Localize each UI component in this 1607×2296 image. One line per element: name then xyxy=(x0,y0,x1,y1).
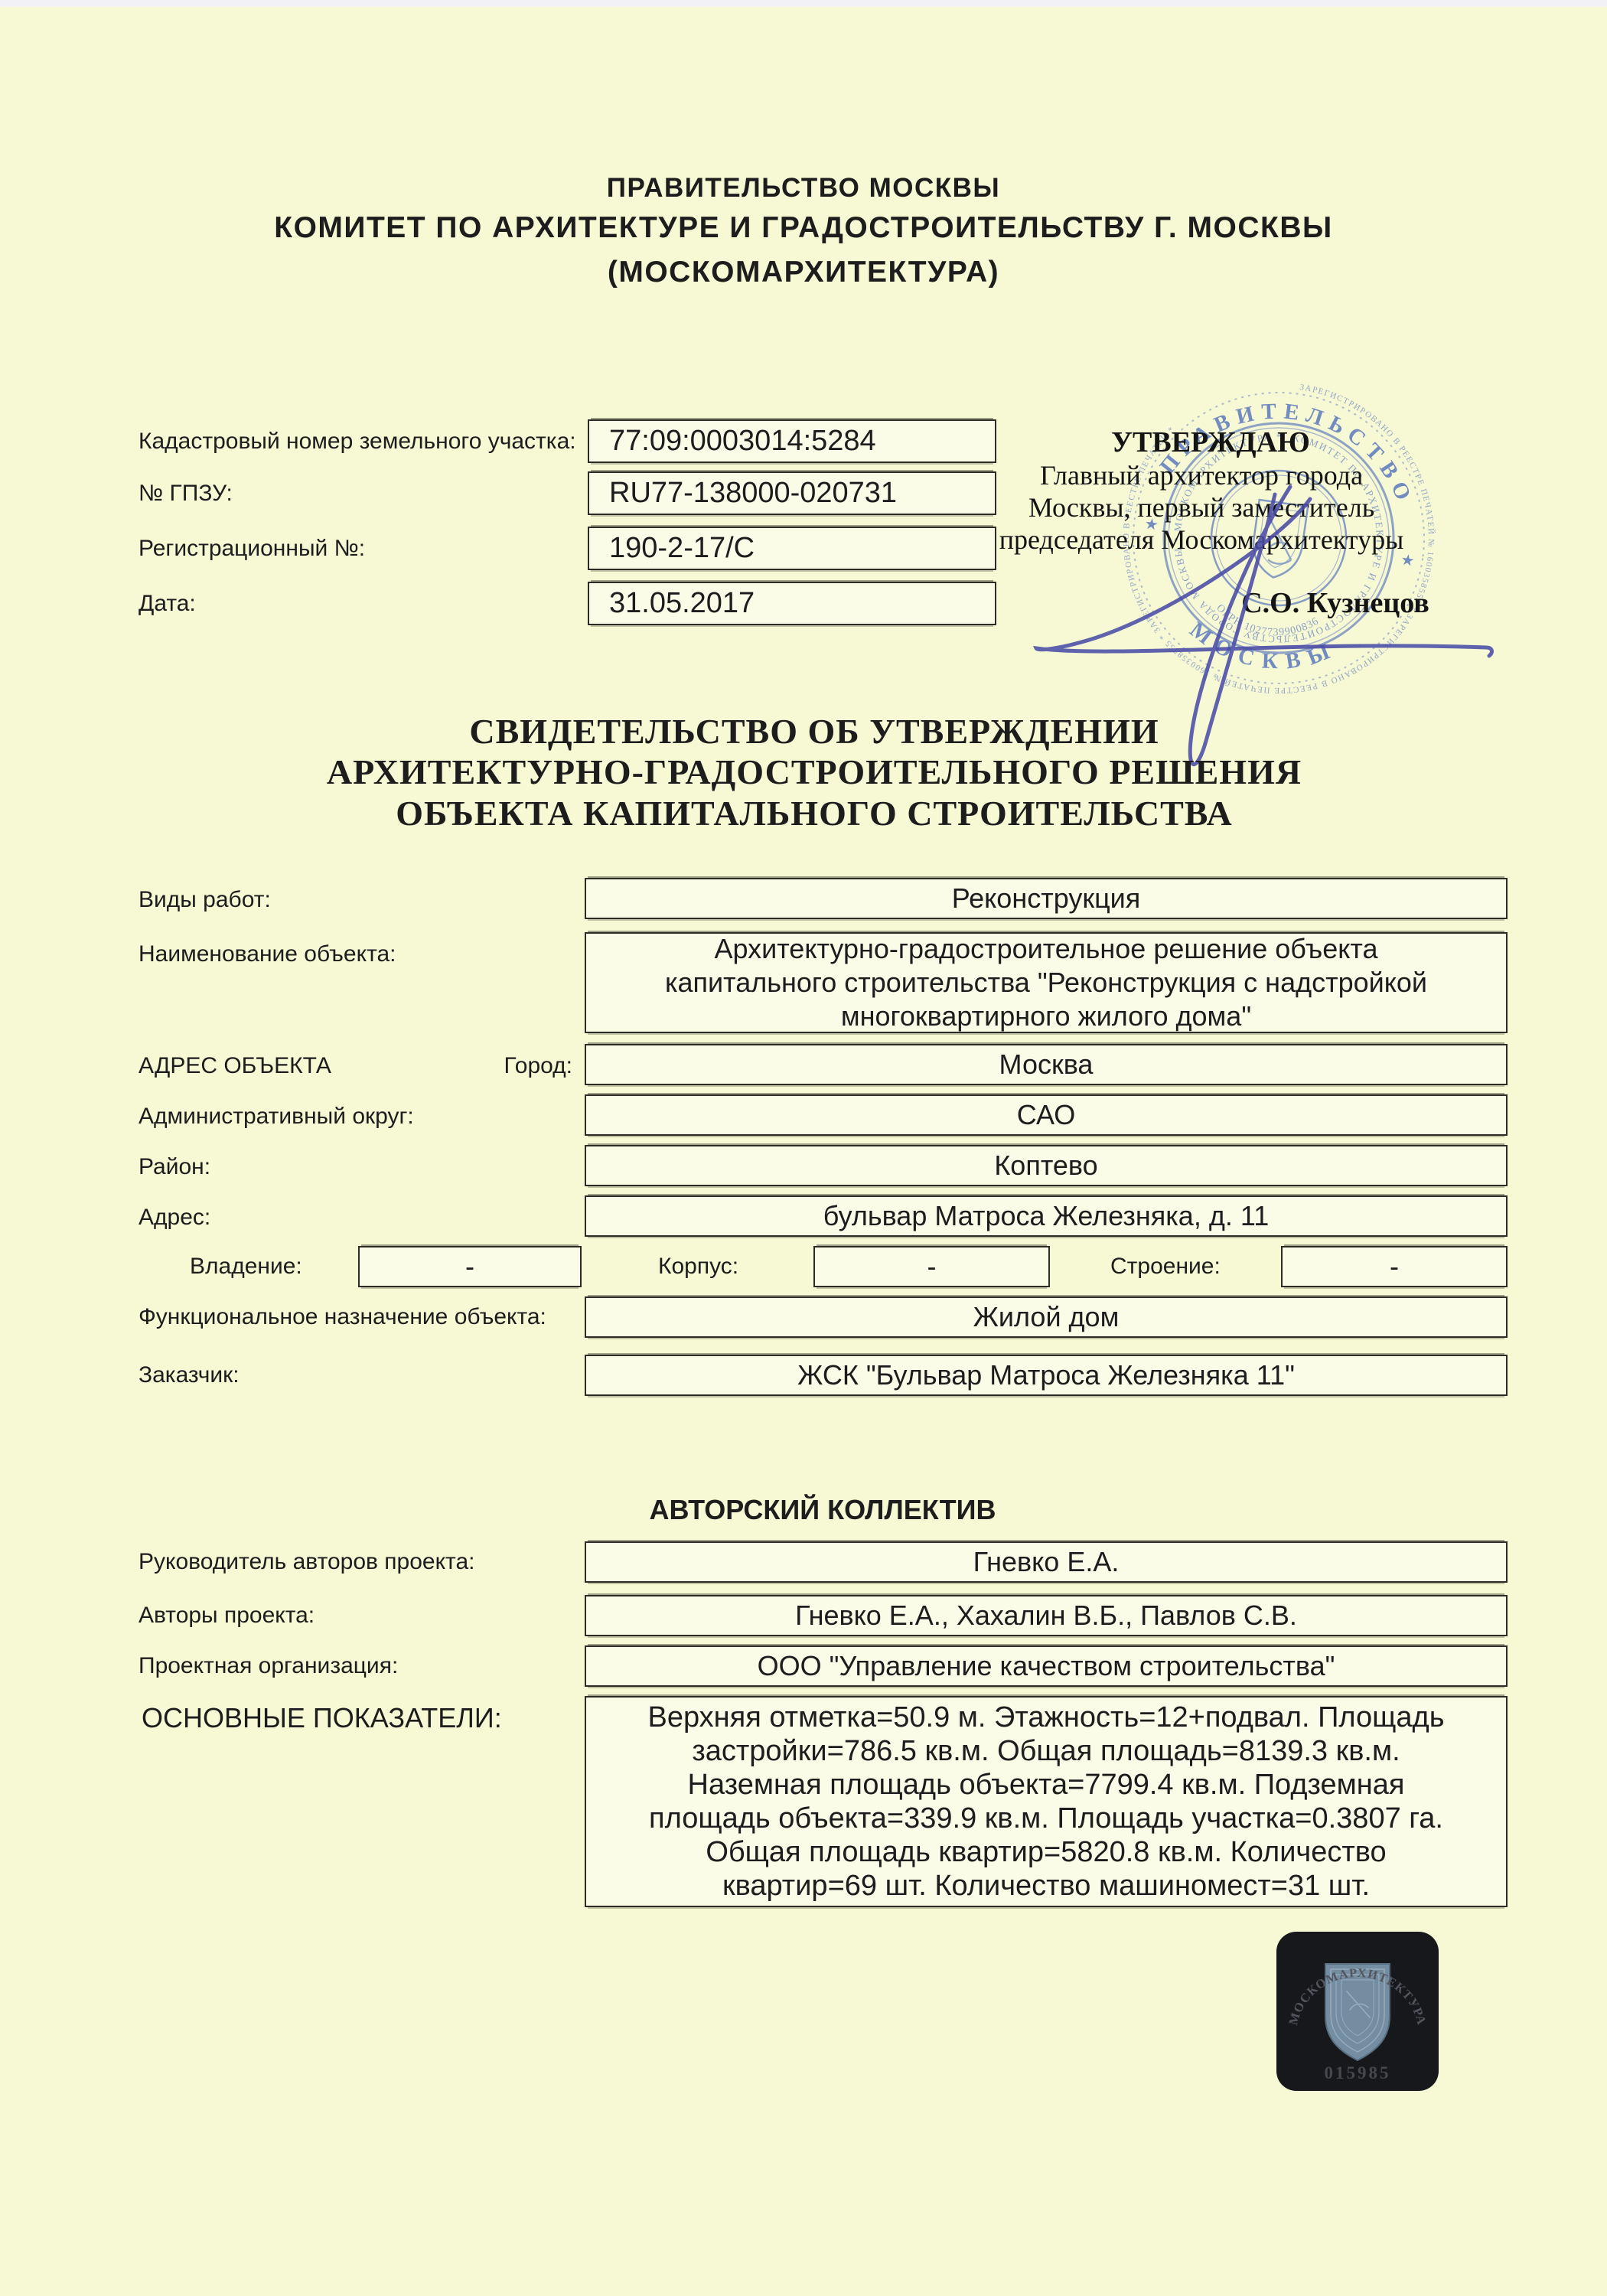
stroenie-label: Строение: xyxy=(1110,1246,1221,1287)
authors-section-heading: АВТОРСКИЙ КОЛЛЕКТИВ xyxy=(440,1494,1205,1526)
administrative-district-value: САО xyxy=(585,1094,1508,1136)
project-lead-value: Гневко Е.А. xyxy=(585,1541,1508,1583)
object-name-label: Наименование объекта: xyxy=(139,932,396,976)
object-name-line2: капитального строительства "Реконструкци… xyxy=(586,966,1506,1000)
title-line2: АРХИТЕКТУРНО-ГРАДОСТРОИТЕЛЬНОГО РЕШЕНИЯ xyxy=(0,752,1607,792)
korpus-value: - xyxy=(813,1246,1050,1287)
date-value: 31.05.2017 xyxy=(588,582,996,625)
gpzu-number-label: № ГПЗУ: xyxy=(139,471,233,515)
design-organization-label: Проектная организация: xyxy=(139,1645,398,1687)
registration-number-value: 190-2-17/С xyxy=(588,527,996,570)
scan-edge-strip xyxy=(0,0,1607,7)
indicators-line6: квартир=69 шт. Количество машиномест=31 … xyxy=(586,1869,1506,1903)
header-moskomarkhitektura: (МОСКОМАРХИТЕКТУРА) xyxy=(0,256,1607,289)
object-name-line3: многоквартирного жилого дома" xyxy=(586,1000,1506,1033)
indicators-line1: Верхняя отметка=50.9 м. Этажность=12+под… xyxy=(586,1701,1506,1734)
indicators-line3: Наземная площадь объекта=7799.4 кв.м. По… xyxy=(586,1768,1506,1802)
object-name-line1: Архитектурно-градостроительное решение о… xyxy=(586,932,1506,966)
main-indicators-label: ОСНОВНЫЕ ПОКАЗАТЕЛИ: xyxy=(142,1696,502,1740)
cadastral-number-value: 77:09:0003014:5284 xyxy=(588,419,996,463)
district-value: Коптево xyxy=(585,1145,1508,1186)
header-committee: КОМИТЕТ ПО АРХИТЕКТУРЕ И ГРАДОСТРОИТЕЛЬС… xyxy=(0,211,1607,245)
ownership-label: Владение: xyxy=(190,1246,302,1287)
title-line3: ОБЪЕКТА КАПИТАЛЬНОГО СТРОИТЕЛЬСТВА xyxy=(0,793,1607,833)
date-label: Дата: xyxy=(139,582,196,625)
ownership-value: - xyxy=(358,1246,582,1287)
city-label: Город: xyxy=(429,1044,572,1088)
administrative-district-label: Административный округ: xyxy=(139,1094,414,1138)
indicators-line5: Общая площадь квартир=5820.8 кв.м. Колич… xyxy=(586,1835,1506,1869)
registration-number-label: Регистрационный №: xyxy=(139,527,365,570)
city-value: Москва xyxy=(585,1044,1508,1085)
functional-purpose-value: Жилой дом xyxy=(585,1296,1508,1338)
functional-purpose-label: Функциональное назначение объекта: xyxy=(139,1296,546,1338)
scanned-certificate-page: ПРАВИТЕЛЬСТВО МОСКВЫ КОМИТЕТ ПО АРХИТЕКТ… xyxy=(0,0,1607,2296)
district-label: Район: xyxy=(139,1145,210,1189)
customer-label: Заказчик: xyxy=(139,1355,240,1396)
project-lead-label: Руководитель авторов проекта: xyxy=(139,1541,474,1583)
address-label: Адрес: xyxy=(139,1195,210,1239)
object-name-value: Архитектурно-градостроительное решение о… xyxy=(585,932,1508,1033)
hologram-sticker: МОСКОМАРХИТЕКТУРА 015985 xyxy=(1276,1932,1439,2091)
work-types-value: Реконструкция xyxy=(585,878,1508,919)
customer-value: ЖСК "Бульвар Матроса Железняка 11" xyxy=(585,1355,1508,1396)
main-indicators-value: Верхняя отметка=50.9 м. Этажность=12+под… xyxy=(585,1696,1508,1907)
project-authors-value: Гневко Е.А., Хахалин В.Б., Павлов С.В. xyxy=(585,1595,1508,1636)
title-line1: СВИДЕТЕЛЬСТВО ОБ УТВЕРЖДЕНИИ xyxy=(0,711,1607,752)
address-value: бульвар Матроса Железняка, д. 11 xyxy=(585,1195,1508,1237)
hologram-serial-number: 015985 xyxy=(1325,2063,1391,2082)
design-organization-value: ООО "Управление качеством строительства" xyxy=(585,1645,1508,1687)
work-types-label: Виды работ: xyxy=(139,878,271,921)
indicators-line2: застройки=786.5 кв.м. Общая площадь=8139… xyxy=(586,1734,1506,1768)
header-government: ПРАВИТЕЛЬСТВО МОСКВЫ xyxy=(0,173,1607,204)
cadastral-number-label: Кадастровый номер земельного участка: xyxy=(139,419,576,463)
object-address-section-label: АДРЕС ОБЪЕКТА xyxy=(139,1044,331,1088)
project-authors-label: Авторы проекта: xyxy=(139,1595,315,1636)
indicators-line4: площадь объекта=339.9 кв.м. Площадь учас… xyxy=(586,1802,1506,1835)
gpzu-number-value: RU77-138000-020731 xyxy=(588,471,996,515)
korpus-label: Корпус: xyxy=(658,1246,738,1287)
stroenie-value: - xyxy=(1281,1246,1508,1287)
